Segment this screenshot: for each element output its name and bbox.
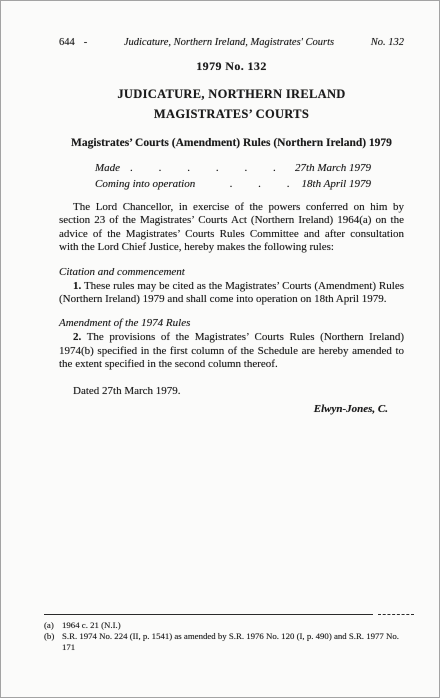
meta-row-made: Made . . . . . . . 27th March 1979 <box>95 162 371 174</box>
document-page: 644 - Judicature, Northern Ireland, Magi… <box>0 0 440 698</box>
footnote-text: S.R. 1974 No. 224 (II, p. 1541) as amend… <box>62 631 414 653</box>
meta-label-coming-into-operation: Coming into operation <box>95 178 195 190</box>
rule-number: 1. <box>73 280 81 292</box>
rule-number: 2. <box>73 331 81 343</box>
dated-line: Dated 27th March 1979. <box>59 385 404 397</box>
section-amendment: Amendment of the 1974 Rules 2. The provi… <box>59 317 404 371</box>
footnote-divider <box>44 614 414 615</box>
meta-row-coming-into-operation: Coming into operation . . . 18th April 1… <box>95 178 371 190</box>
footnote-marker: (b) <box>44 631 62 653</box>
heading-magistrates-courts: MAGISTRATES’ COURTS <box>59 107 404 122</box>
meta-dot-leaders: . . . <box>195 178 301 190</box>
meta-block: Made . . . . . . . 27th March 1979 Comin… <box>95 162 371 190</box>
footnote-marker: (a) <box>44 620 62 631</box>
footnote-text: 1964 c. 21 (N.I.) <box>62 620 414 631</box>
meta-label-made: Made <box>95 162 120 174</box>
section-text-amendment: 2. The provisions of the Magistrates’ Co… <box>59 331 404 371</box>
meta-value-operation-date: 18th April 1979 <box>302 178 371 190</box>
footnote-b: (b) S.R. 1974 No. 224 (II, p. 1541) as a… <box>44 631 414 653</box>
section-text-citation: 1. These rules may be cited as the Magis… <box>59 280 404 307</box>
page-number: 644 <box>59 37 75 48</box>
section-heading-citation: Citation and commencement <box>59 266 404 278</box>
footnotes-block: (a) 1964 c. 21 (N.I.) (b) S.R. 1974 No. … <box>44 614 414 652</box>
section-heading-amendment: Amendment of the 1974 Rules <box>59 317 404 329</box>
preamble-paragraph: The Lord Chancellor, in exercise of the … <box>59 201 404 255</box>
rule-text: These rules may be cited as the Magistra… <box>59 280 404 305</box>
meta-value-made-date: 27th March 1979 <box>295 162 371 174</box>
running-issue-number: No. 132 <box>371 37 404 48</box>
footnote-divider-solid <box>44 614 373 615</box>
running-title: Judicature, Northern Ireland, Magistrate… <box>87 37 370 48</box>
footnote-a: (a) 1964 c. 21 (N.I.) <box>44 620 414 631</box>
signature-line: Elwyn-Jones, C. <box>59 403 404 415</box>
footnote-divider-dashes <box>378 614 414 615</box>
document-title: Magistrates’ Courts (Amendment) Rules (N… <box>59 137 404 149</box>
rule-text: The provisions of the Magistrates’ Court… <box>59 331 404 370</box>
document-number: 1979 No. 132 <box>59 59 404 74</box>
running-header: 644 - Judicature, Northern Ireland, Magi… <box>59 37 404 48</box>
meta-dot-leaders: . . . . . . . <box>120 162 295 174</box>
section-citation: Citation and commencement 1. These rules… <box>59 266 404 307</box>
heading-judicature: JUDICATURE, NORTHERN IRELAND <box>59 87 404 102</box>
